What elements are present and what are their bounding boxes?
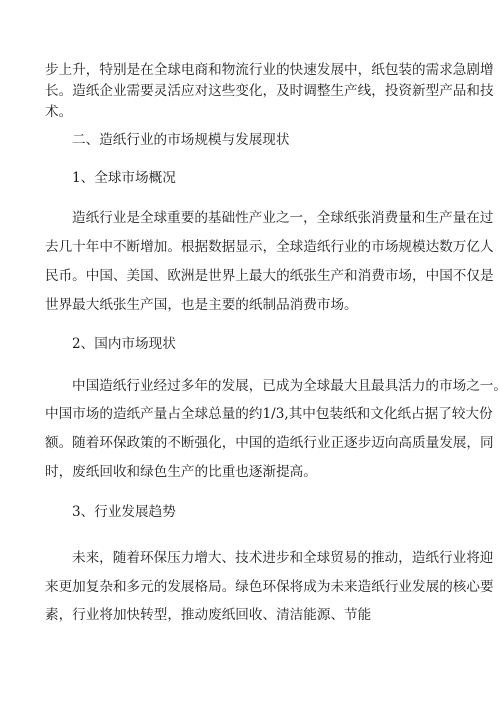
paragraph-line: 步上升，特别是在全球电商和物流行业的快速发展中，纸包装的需求急剧增: [45, 62, 457, 78]
paragraph-line: 术。: [45, 104, 457, 120]
subsection-heading-domestic-market: 2、国内市场现状: [72, 336, 176, 352]
paragraph-line: 素，行业将加快转型，推动废纸回收、清洁能源、节能: [45, 607, 457, 623]
paragraph-line: 未来，随着环保压力增大、技术进步和全球贸易的推动，造纸行业将迎: [72, 550, 457, 566]
paragraph-line: 中国造纸行业经过多年的发展，已成为全球最大且最具活力的市场之一。: [72, 378, 457, 394]
paragraph-line: 造纸行业是全球重要的基础性产业之一，全球纸张消费量和生产量在过: [72, 210, 457, 226]
paragraph-line: 世界最大纸张生产国，也是主要的纸制品消费市场。: [45, 297, 457, 313]
paragraph-line: 额。随着环保政策的不断强化，中国的造纸行业正逐步迈向高质量发展，同: [45, 435, 457, 451]
paragraph-line: 时，废纸回收和绿色生产的比重也逐渐提高。: [45, 464, 457, 480]
paragraph-line: 中国市场的造纸产量占全球总量的约1/3,其中包装纸和文化纸占据了较大份: [45, 406, 457, 422]
paragraph-line: 来更加复杂和多元的发展格局。绿色环保将成为未来造纸行业发展的核心要: [45, 579, 457, 595]
subsection-heading-industry-trends: 3、行业发展趋势: [72, 504, 176, 520]
subsection-heading-global-market: 1、全球市场概况: [72, 170, 176, 186]
document-page: 步上升，特别是在全球电商和物流行业的快速发展中，纸包装的需求急剧增 长。造纸企业…: [0, 0, 500, 707]
section-heading: 二、造纸行业的市场规模与发展现状: [72, 132, 290, 148]
paragraph-line: 去几十年中不断增加。根据数据显示，全球造纸行业的市场规模达数万亿人: [45, 239, 457, 255]
paragraph-line: 长。造纸企业需要灵活应对这些变化，及时调整生产线，投资新型产品和技: [45, 83, 457, 99]
paragraph-line: 民币。中国、美国、欧洲是世界上最大的纸张生产和消费市场，中国不仅是: [45, 268, 457, 284]
